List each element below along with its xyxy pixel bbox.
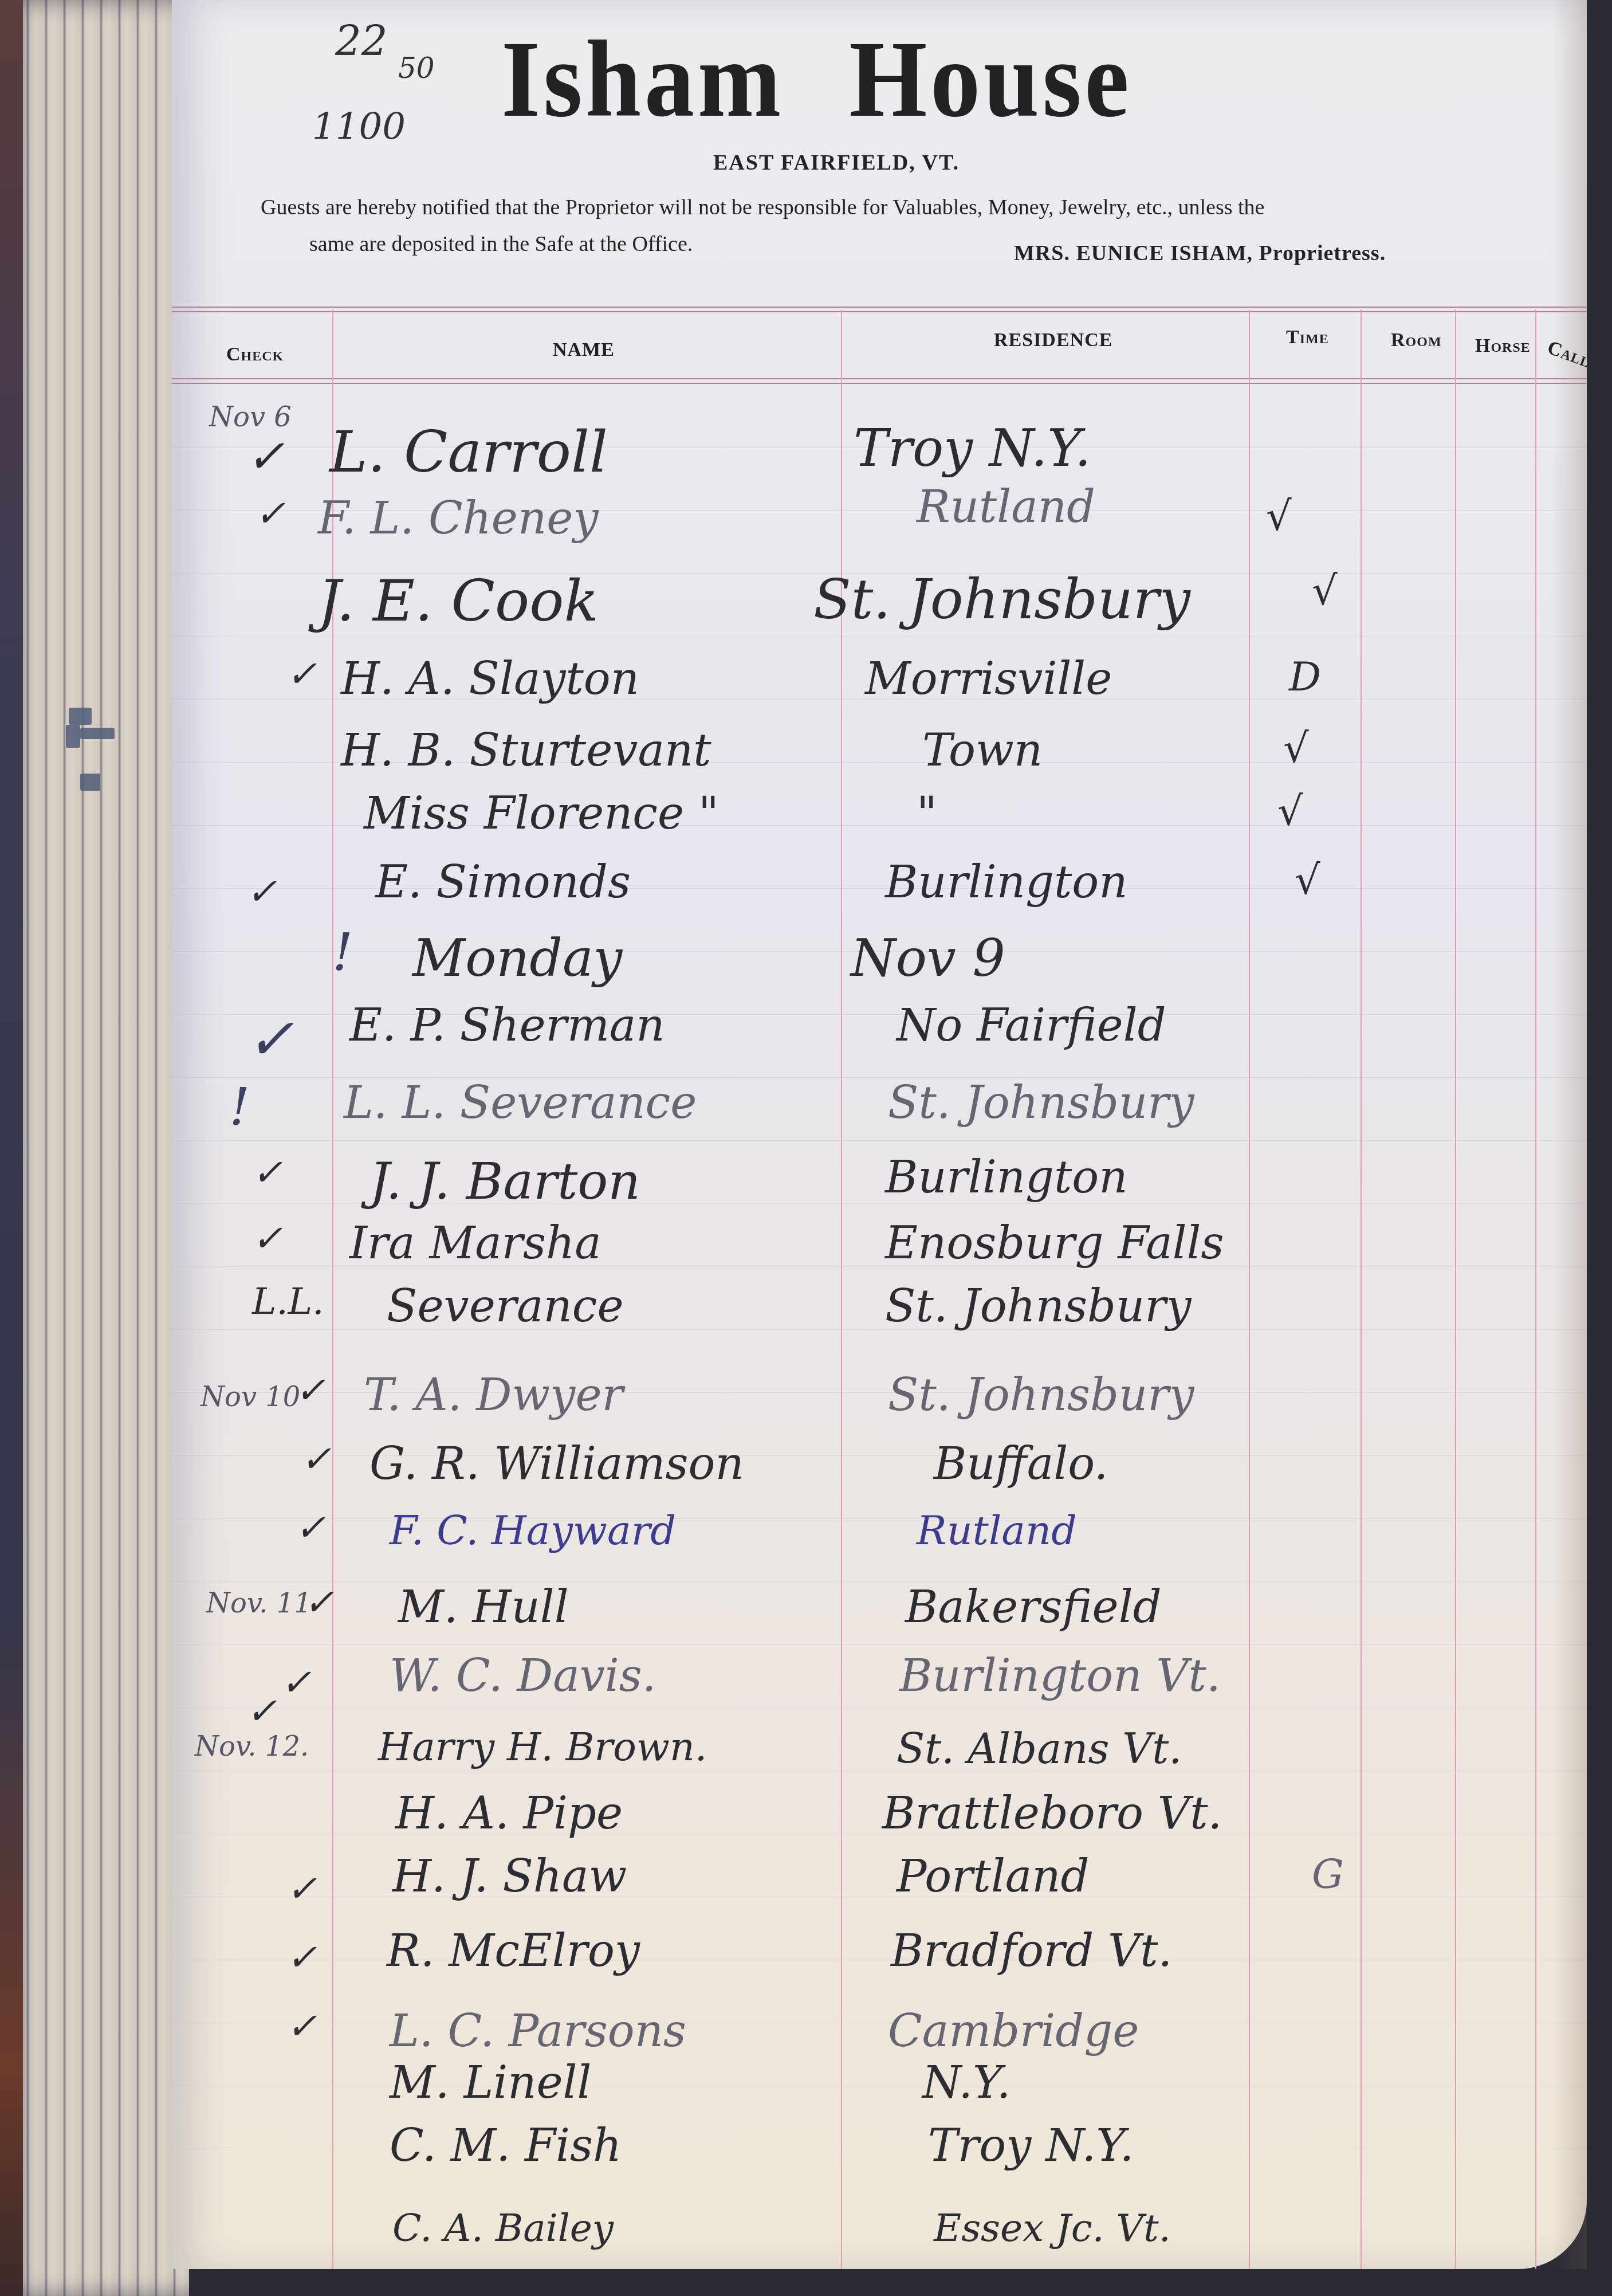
guest-name: L. C. Parsons: [390, 2005, 686, 2057]
book-page-edges: [0, 0, 189, 2296]
time-mark: D: [1289, 653, 1321, 700]
guest-name: F. L. Cheney: [318, 493, 598, 544]
register-entry: Nov 6 ✓ L. Carroll Troy N.Y.: [172, 418, 1587, 481]
guest-residence: Portland: [897, 1851, 1090, 1902]
column-header-residence: RESIDENCE: [994, 329, 1112, 351]
guest-name: Harry H. Brown.: [378, 1725, 707, 1770]
check-mark: ✓: [255, 493, 286, 535]
column-header-name: NAME: [553, 339, 615, 361]
guest-residence: Enosburg Falls: [885, 1218, 1224, 1269]
guest-residence: Burlington: [885, 1152, 1127, 1203]
ruled-line: [172, 1645, 1587, 1645]
day-date: Nov 9: [851, 928, 1005, 988]
guest-name: M. Hull: [398, 1581, 569, 1633]
guest-residence: Cambridge: [888, 2005, 1139, 2057]
register-entry: ✓ J. J. Barton Burlington: [172, 1152, 1587, 1215]
register-page: 22 50 1100 Isham House EAST FAIRFIELD, V…: [172, 0, 1587, 2269]
pencil-note-1: 22: [335, 17, 388, 65]
guest-name: J. E. Cook: [318, 567, 599, 634]
guest-residence: Bakersfield: [905, 1581, 1162, 1633]
check-mark: ✓: [286, 2005, 317, 2048]
entry-date: Nov 10: [200, 1381, 300, 1413]
register-entry: ✓ F. C. Hayward Rutland: [172, 1507, 1587, 1570]
check-mark: ✓: [246, 1690, 277, 1733]
guest-name: E. P. Sherman: [349, 1000, 665, 1051]
ink-stain: [80, 728, 115, 739]
header-rule-top: [172, 307, 1587, 312]
guest-name: C. A. Bailey: [392, 2206, 614, 2250]
register-entry: ✓ H. J. Shaw Portland G: [172, 1851, 1587, 1914]
guest-residence: Troy N.Y.: [928, 2120, 1134, 2172]
check-mark: ✓: [295, 1507, 326, 1549]
register-entry: Nov 10 ✓ T. A. Dwyer St. Johnsbury: [172, 1369, 1587, 1432]
check-mark: L.L.: [252, 1281, 324, 1323]
guest-name: H. B. Sturtevant: [341, 725, 711, 776]
guest-residence: St. Johnsbury: [888, 1077, 1194, 1129]
guest-name: C. M. Fish: [390, 2120, 622, 2172]
guest-name: H. A. Pipe: [395, 1788, 623, 1839]
guest-name: F. C. Hayward: [390, 1507, 676, 1554]
register-entry: L.L. Severance St. Johnsbury: [172, 1281, 1587, 1344]
guest-name: H. J. Shaw: [392, 1851, 627, 1902]
guest-residence: St. Johnsbury: [888, 1369, 1194, 1421]
proprietor-name: MRS. EUNICE ISHAM, Proprietress.: [1014, 241, 1386, 266]
ink-stain: [80, 774, 100, 791]
time-mark: √: [1312, 567, 1338, 614]
ink-stain: [69, 708, 92, 725]
register-entry: Miss Florence " " √: [172, 788, 1587, 851]
pencil-note-2: 50: [398, 52, 435, 85]
time-mark: √: [1295, 857, 1320, 904]
column-header-time: Time: [1286, 327, 1329, 348]
guest-name: Severance: [387, 1281, 624, 1332]
guest-residence: Rutland: [917, 1507, 1077, 1554]
check-mark: ✓: [304, 1581, 335, 1624]
check-mark: ✓: [252, 1218, 283, 1260]
guest-name: H. A. Slayton: [341, 653, 639, 705]
time-mark: √: [1277, 788, 1303, 835]
entry-date: Nov. 12.: [195, 1730, 309, 1763]
guest-name: W. C. Davis.: [390, 1650, 656, 1702]
entry-date: Nov 6: [209, 401, 292, 433]
column-header-room: Room: [1391, 329, 1442, 351]
hotel-location: EAST FAIRFIELD, VT.: [713, 150, 960, 175]
guest-residence: St. Johnsbury: [813, 567, 1190, 631]
register-entry: C. M. Fish Troy N.Y.: [172, 2120, 1587, 2183]
guest-residence: Town: [922, 725, 1043, 776]
guest-residence: Burlington Vt.: [899, 1650, 1221, 1702]
guest-name: T. A. Dwyer: [364, 1369, 623, 1421]
page-header: 22 50 1100 Isham House EAST FAIRFIELD, V…: [172, 0, 1587, 298]
guest-name: R. McElroy: [387, 1925, 640, 1977]
ink-stain: [66, 725, 80, 748]
entry-date: Nov. 11: [206, 1587, 312, 1619]
time-mark: √: [1283, 725, 1309, 772]
guest-residence: Buffalo.: [934, 1438, 1108, 1490]
guest-residence: Morrisville: [865, 653, 1112, 705]
register-entry: C. A. Bailey Essex Jc. Vt.: [172, 2206, 1587, 2269]
register-entry: ✓ R. McElroy Bradford Vt.: [172, 1925, 1587, 1988]
day-heading: Monday: [412, 928, 622, 988]
header-rule-bottom: [172, 378, 1587, 384]
register-entry: ✓ G. R. Williamson Buffalo.: [172, 1438, 1587, 1501]
time-mark: G: [1312, 1851, 1344, 1898]
check-mark: ✓: [246, 430, 285, 483]
register-entry: ✓ Ira Marsha Enosburg Falls: [172, 1218, 1587, 1281]
guest-residence: Rutland: [917, 481, 1095, 533]
guest-residence: Essex Jc. Vt.: [934, 2206, 1171, 2250]
ink-mark: !: [332, 923, 353, 983]
guest-name: G. R. Williamson: [369, 1438, 744, 1490]
hotel-name: Isham House: [501, 17, 1132, 142]
notice-line-1: Guests are hereby notified that the Prop…: [261, 195, 1264, 219]
guest-residence: ": [917, 788, 937, 839]
guest-name: E. Simonds: [375, 857, 631, 908]
guest-residence: Burlington: [885, 857, 1127, 908]
check-mark: ✓: [286, 1937, 317, 1979]
register-entry: M. Linell N.Y.: [172, 2057, 1587, 2120]
guest-name: M. Linell: [390, 2057, 592, 2109]
guest-residence: Bradford Vt.: [891, 1925, 1172, 1977]
guest-residence: St. Albans Vt.: [897, 1725, 1182, 1773]
check-mark: ✓: [286, 1868, 317, 1910]
time-mark: √: [1266, 493, 1292, 540]
check-mark: ✓: [286, 653, 317, 696]
register-entry: Nov. 12. ✓ Harry H. Brown. St. Albans Vt…: [172, 1725, 1587, 1788]
check-mark: ✓: [281, 1662, 312, 1704]
register-entry: ✓ E. Simonds Burlington √: [172, 857, 1587, 920]
register-entry: ✓ F. L. Cheney Rutland √: [172, 493, 1587, 556]
register-entry: ✓ E. P. Sherman No Fairfield: [172, 1000, 1587, 1063]
register-entry: H. A. Pipe Brattleboro Vt.: [172, 1788, 1587, 1851]
ink-mark: !: [229, 1077, 250, 1137]
check-mark: ✓: [252, 1152, 283, 1194]
guest-residence: Troy N.Y.: [854, 418, 1091, 478]
register-entry: ! L. L. Severance St. Johnsbury: [172, 1077, 1587, 1140]
register-entry: J. E. Cook St. Johnsbury √: [172, 567, 1587, 630]
pencil-note-3: 1100: [312, 106, 406, 148]
guest-name: L. Carroll: [329, 418, 608, 485]
ruled-line: [172, 636, 1587, 637]
guest-name: L. L. Severance: [344, 1077, 697, 1129]
register-entry: Nov. 11 ✓ M. Hull Bakersfield: [172, 1581, 1587, 1645]
guest-residence: Brattleboro Vt.: [882, 1788, 1222, 1839]
guest-name: Miss Florence ": [364, 788, 719, 839]
register-entry: H. B. Sturtevant Town √: [172, 725, 1587, 788]
guest-name: J. J. Barton: [369, 1152, 640, 1211]
guest-residence: St. Johnsbury: [885, 1281, 1192, 1332]
check-mark: ✓: [246, 1006, 294, 1073]
guest-name: Ira Marsha: [349, 1218, 601, 1269]
guest-residence: No Fairfield: [897, 1000, 1166, 1051]
check-mark: ✓: [295, 1369, 326, 1412]
column-header-horse: Horse: [1475, 335, 1531, 357]
check-mark: ✓: [246, 871, 277, 913]
check-mark: ✓: [301, 1438, 332, 1481]
register-entry: ! Monday Nov 9: [172, 928, 1587, 991]
register-entry: ✓ H. A. Slayton Morrisville D: [172, 653, 1587, 716]
register-entry: ✓ W. C. Davis. Burlington Vt.: [172, 1650, 1587, 1713]
column-header-check: Check: [226, 344, 284, 366]
ruled-line: [172, 1140, 1587, 1141]
guest-residence: N.Y.: [922, 2057, 1011, 2109]
